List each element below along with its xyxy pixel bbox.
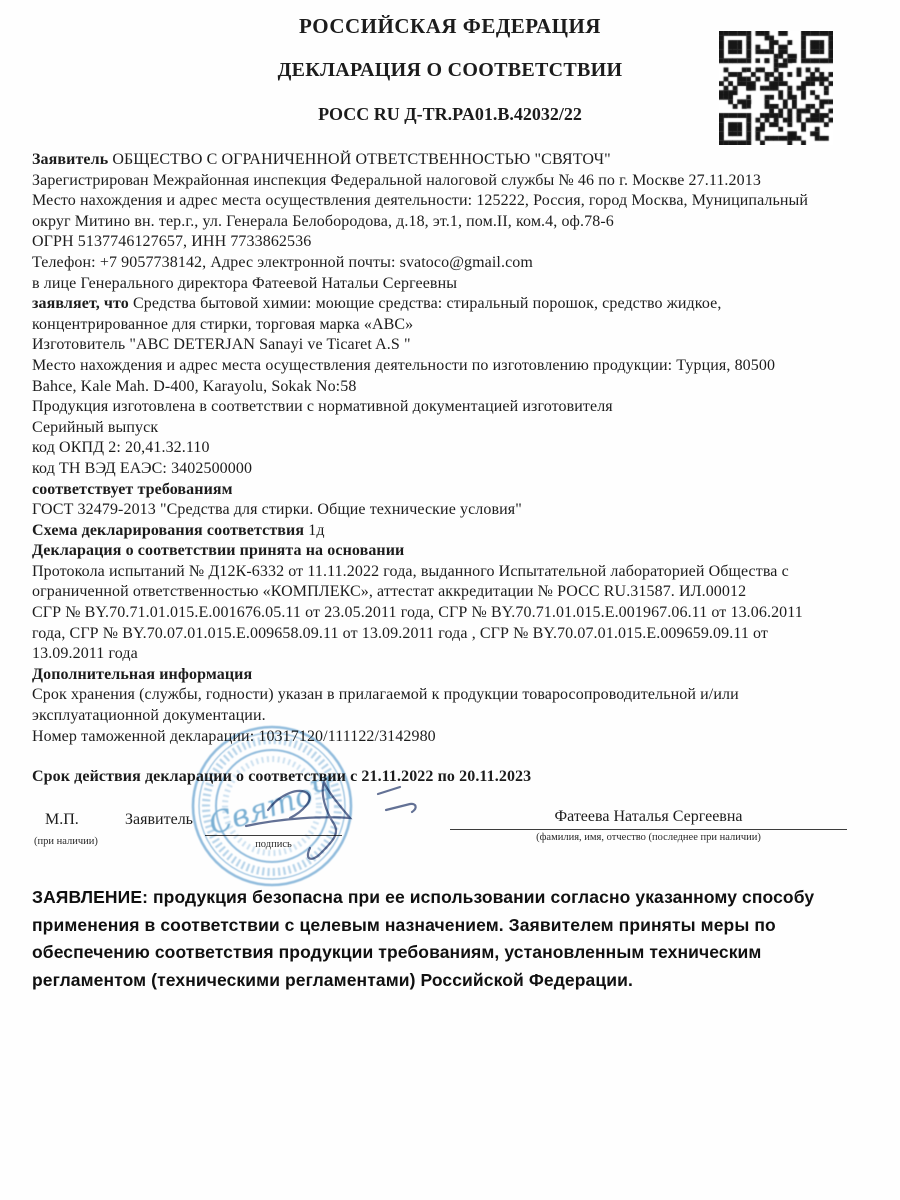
text-line: ОГРН 5137746127657, ИНН 7733862536 [32, 232, 877, 253]
text-line: соответствует требованиям [32, 480, 877, 501]
text-line: Телефон: +7 9057738142, Адрес электронно… [32, 253, 877, 274]
text-line: Протокола испытаний № Д12К-6332 от 11.11… [32, 562, 877, 583]
text-line: код ОКПД 2: 20,41.32.110 [32, 438, 877, 459]
text-line: Заявитель ОБЩЕСТВО С ОГРАНИЧЕННОЙ ОТВЕТС… [32, 150, 877, 171]
text-line: Место нахождения и адрес места осуществл… [32, 191, 877, 212]
signer-name-block: Фатеева Наталья Сергеевна (фамилия, имя,… [450, 808, 847, 843]
signer-name: Фатеева Наталья Сергеевна [450, 808, 847, 830]
text-line: ГОСТ 32479-2013 "Средства для стирки. Об… [32, 500, 877, 521]
text-line: Схема декларирования соответствия 1д [32, 521, 877, 542]
text-line: Дополнительная информация [32, 665, 877, 686]
text-line: заявляет, что Средства бытовой химии: мо… [32, 294, 877, 315]
stamp-place-label: М.П. [45, 811, 79, 829]
text-line: код ТН ВЭД ЕАЭС: 3402500000 [32, 459, 877, 480]
text-line: эксплуатационной документации. [32, 706, 877, 727]
declaration-document: РОССИЙСКАЯ ФЕДЕРАЦИЯ ДЕКЛАРАЦИЯ О СООТВЕ… [0, 0, 900, 1200]
signer-name-caption: (фамилия, имя, отчество (последнее при н… [450, 832, 847, 843]
stamp-place-note: (при наличии) [34, 836, 98, 847]
text-line: в лице Генерального директора Фатеевой Н… [32, 274, 877, 295]
signature-line [205, 811, 342, 836]
text-line: Срок действия декларации о соответствии … [32, 767, 877, 788]
signature-caption: подпись [205, 839, 342, 850]
applicant-label: Заявитель [125, 811, 193, 829]
text-line: Декларация о соответствии принята на осн… [32, 541, 877, 562]
text-line: СГР № BY.70.71.01.015.Е.001676.05.11 от … [32, 603, 877, 624]
text-line: Зарегистрирован Межрайонная инспекция Фе… [32, 171, 877, 192]
text-line: года, СГР № BY.70.07.01.015.Е.009658.09.… [32, 624, 877, 645]
qr-code-icon [719, 31, 833, 145]
text-line: Серийный выпуск [32, 418, 877, 439]
text-line: округ Митино вн. тер.г., ул. Генерала Бе… [32, 212, 877, 233]
text-line: Срок хранения (службы, годности) указан … [32, 685, 877, 706]
text-line: 13.09.2011 года [32, 644, 877, 665]
text-line: Изготовитель "ABC DETERJAN Sanayi ve Tic… [32, 335, 877, 356]
text-line: Продукция изготовлена в соответствии с н… [32, 397, 877, 418]
document-body: Заявитель ОБЩЕСТВО С ОГРАНИЧЕННОЙ ОТВЕТС… [32, 150, 877, 788]
text-line: Место нахождения и адрес места осуществл… [32, 356, 877, 377]
safety-statement: ЗАЯВЛЕНИЕ: продукция безопасна при ее ис… [32, 884, 880, 994]
text-line: Номер таможенной декларации: 10317120/11… [32, 727, 877, 748]
text-line: концентрированное для стирки, торговая м… [32, 315, 877, 336]
text-line: Bahce, Kale Mah. D-400, Karayolu, Sokak … [32, 377, 877, 398]
text-line: ограниченной ответственностью «КОМПЛЕКС»… [32, 582, 877, 603]
